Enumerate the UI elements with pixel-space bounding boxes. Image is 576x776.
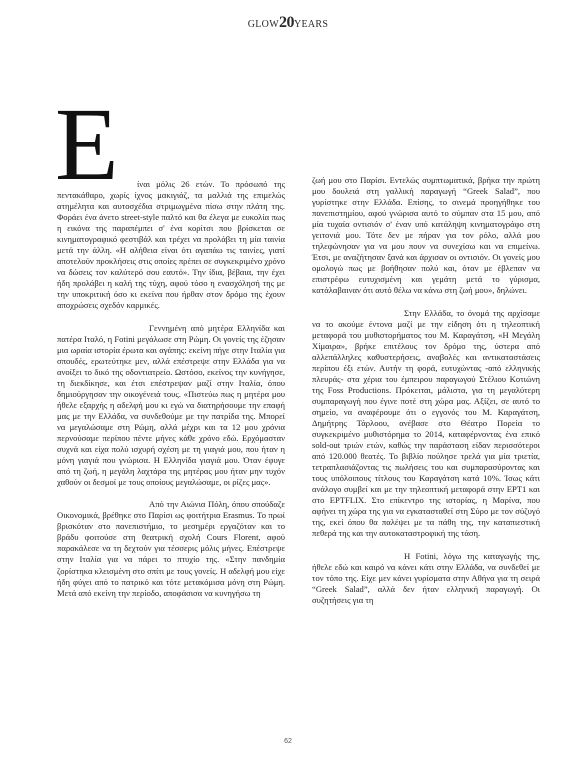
brand-right: YEARS (294, 19, 328, 30)
first-line-text: ίναι μόλις 26 ετών. Το πρόσωπό της (137, 179, 285, 190)
magazine-header: GLOW20YEARS (0, 14, 576, 32)
article-column-left: Ε ίναι μόλις 26 ετών. Το πρόσωπό της πεν… (57, 108, 285, 599)
brand-left: GLOW (248, 19, 279, 30)
paragraph-family: Γεννημένη από μητέρα Ελληνίδα και πατέρα… (57, 323, 285, 489)
article-column-right: ζωή μου στο Παρίσι. Εντελώς συμπτωματικά… (312, 175, 540, 606)
paragraph-greece: Στην Ελλάδα, το όνομά της αρχίσαμε να το… (312, 308, 540, 540)
drop-cap-block: Ε ίναι μόλις 26 ετών. Το πρόσωπό της (57, 108, 285, 186)
paragraph-intro: πεντακάθαρο, χωρίς ίχνος μακιγιάζ, τα μα… (57, 190, 285, 312)
paragraph-paris: ζωή μου στο Παρίσι. Εντελώς συμπτωματικά… (312, 175, 540, 297)
page-number: 62 (0, 738, 576, 745)
brand-number: 20 (279, 14, 294, 31)
paragraph-studies: Από την Αιώνια Πόλη, όπου σπούδαζε Οικον… (57, 499, 285, 598)
drop-cap: Ε (55, 100, 119, 190)
paragraph-fotini: Η Fotini, λόγω της καταγωγής της, ήθελε … (312, 551, 540, 606)
